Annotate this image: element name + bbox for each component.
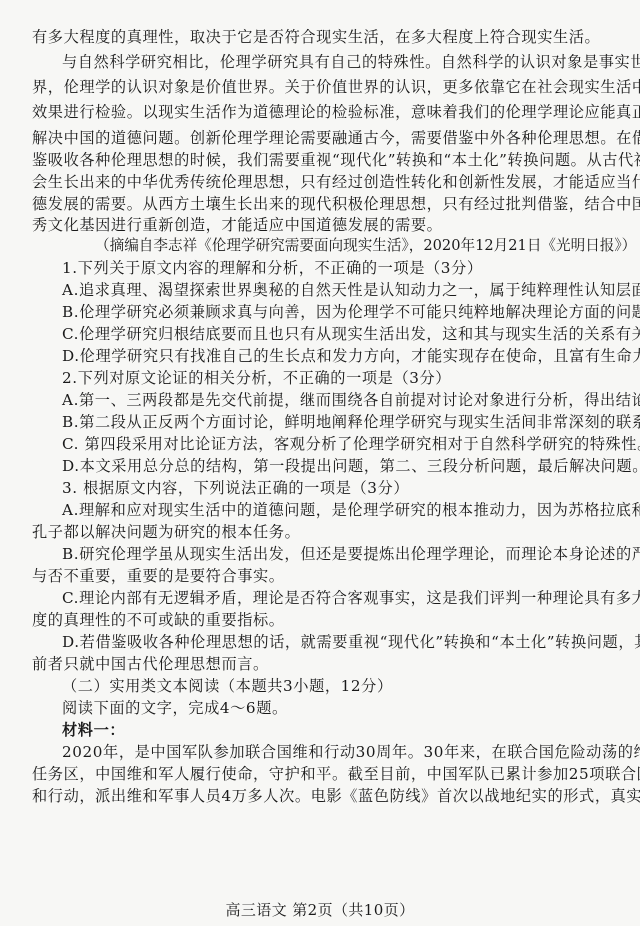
text-line: 鉴吸收各种伦理思想的时候，我们需要重视“现代化”转换和“本土化”转换问题。从古代… bbox=[32, 150, 614, 170]
text-line: 材料一： bbox=[62, 720, 640, 740]
text-line: 孔子都以解决问题为研究的根本任务。 bbox=[32, 522, 614, 542]
text-line: （摘编自李志祥《伦理学研究需要面向现实生活》，2020年12月21日《光明日报》… bbox=[95, 236, 640, 256]
text-line: 前者只就中国古代伦理思想而言。 bbox=[32, 654, 614, 674]
text-line: 与自然科学研究相比，伦理学研究具有自己的特殊性。自然科学的认识对象是事实世 bbox=[62, 52, 640, 72]
text-line: 2.下列对原文论证的相关分析，不正确的一项是（3分） bbox=[62, 368, 640, 388]
text-line: A.理解和应对现实生活中的道德问题，是伦理学研究的根本推动力，因为苏格拉底和 bbox=[62, 500, 640, 520]
text-line: 1.下列关于原文内容的理解和分析，不正确的一项是（3分） bbox=[62, 258, 640, 278]
text-line: 秀文化基因进行重新创造，才能适应中国道德发展的需要。 bbox=[32, 215, 614, 235]
text-line: 界，伦理学的认识对象是价值世界。关于价值世界的认识，更多依靠它在社会现实生活中的 bbox=[32, 77, 614, 97]
text-line: C.伦理学研究归根结底要而且也只有从现实生活出发，这和其与现实生活的关系有关。 bbox=[62, 324, 640, 344]
text-line: 2020年，是中国军队参加联合国维和行动30周年。30年来，在联合国危险动荡的维… bbox=[62, 742, 640, 762]
text-line: D.伦理学研究只有找准自己的生长点和发力方向，才能实现存在使命，且富有生命力。 bbox=[62, 346, 640, 366]
text-line: 阅读下面的文字，完成4～6题。 bbox=[62, 698, 640, 718]
text-line: （二）实用类文本阅读（本题共3小题，12分） bbox=[62, 676, 640, 696]
text-line: D.本文采用总分总的结构，第一段提出问题，第二、三段分析问题，最后解决问题。 bbox=[62, 456, 640, 476]
text-line: 解决中国的道德问题。创新伦理学理论需要融通古今，需要借鉴中外各种伦理思想。在借 bbox=[32, 128, 614, 148]
text-line: B.伦理学研究必须兼顾求真与向善，因为伦理学不可能只纯粹地解决理论方面的问题。 bbox=[62, 302, 640, 322]
text-line: 3. 根据原文内容，下列说法正确的一项是（3分） bbox=[62, 478, 640, 498]
text-line: 有多大程度的真理性，取决于它是否符合现实生活，在多大程度上符合现实生活。 bbox=[32, 27, 614, 47]
text-line: D.若借鉴吸收各种伦理思想的话，就需要重视“现代化”转换和“本土化”转换问题，其… bbox=[62, 632, 640, 652]
text-line: A.第一、三两段都是先交代前提，继而围绕各自前提对讨论对象进行分析，得出结论。 bbox=[62, 390, 640, 410]
text-line: 与否不重要，重要的是要符合事实。 bbox=[32, 566, 614, 586]
text-line: C. 第四段采用对比论证方法，客观分析了伦理学研究相对于自然科学研究的特殊性。 bbox=[62, 434, 640, 454]
text-line: C.理论内部有无逻辑矛盾，理论是否符合客观事实，这是我们评判一种理论具有多大程 bbox=[62, 588, 640, 608]
text-line: B.第二段从正反两个方面讨论，鲜明地阐释伦理学研究与现实生活间非常深刻的联系。 bbox=[62, 412, 640, 432]
page-footer: 高三语文 第2页（共10页） bbox=[0, 899, 640, 920]
text-line: 任务区，中国维和军人履行使命，守护和平。截至目前，中国军队已累计参加25项联合国… bbox=[32, 764, 614, 784]
text-line: 会生长出来的中华优秀传统伦理思想，只有经过创造性转化和创新性发展，才能适应当代道 bbox=[32, 172, 614, 192]
text-line: 德发展的需要。从西方土壤生长出来的现代积极伦理思想，只有经过批判借鉴，结合中国优 bbox=[32, 194, 614, 214]
text-line: 和行动，派出维和军事人员4万多人次。电影《蓝色防线》首次以战地纪实的形式，真实记… bbox=[32, 786, 614, 806]
exam-page: 有多大程度的真理性，取决于它是否符合现实生活，在多大程度上符合现实生活。与自然科… bbox=[0, 0, 640, 926]
text-line: B.研究伦理学虽从现实生活出发，但还是要提炼出伦理学理论，而理论本身论述的严谨 bbox=[62, 544, 640, 564]
text-line: 度的真理性的不可或缺的重要指标。 bbox=[32, 610, 614, 630]
text-line: 效果进行检验。以现实生活作为道德理论的检验标准，意味着我们的伦理学理论应能真正 bbox=[32, 102, 614, 122]
text-line: A.追求真理、渴望探索世界奥秘的自然天性是认知动力之一，属于纯粹理性认知层面。 bbox=[62, 280, 640, 300]
